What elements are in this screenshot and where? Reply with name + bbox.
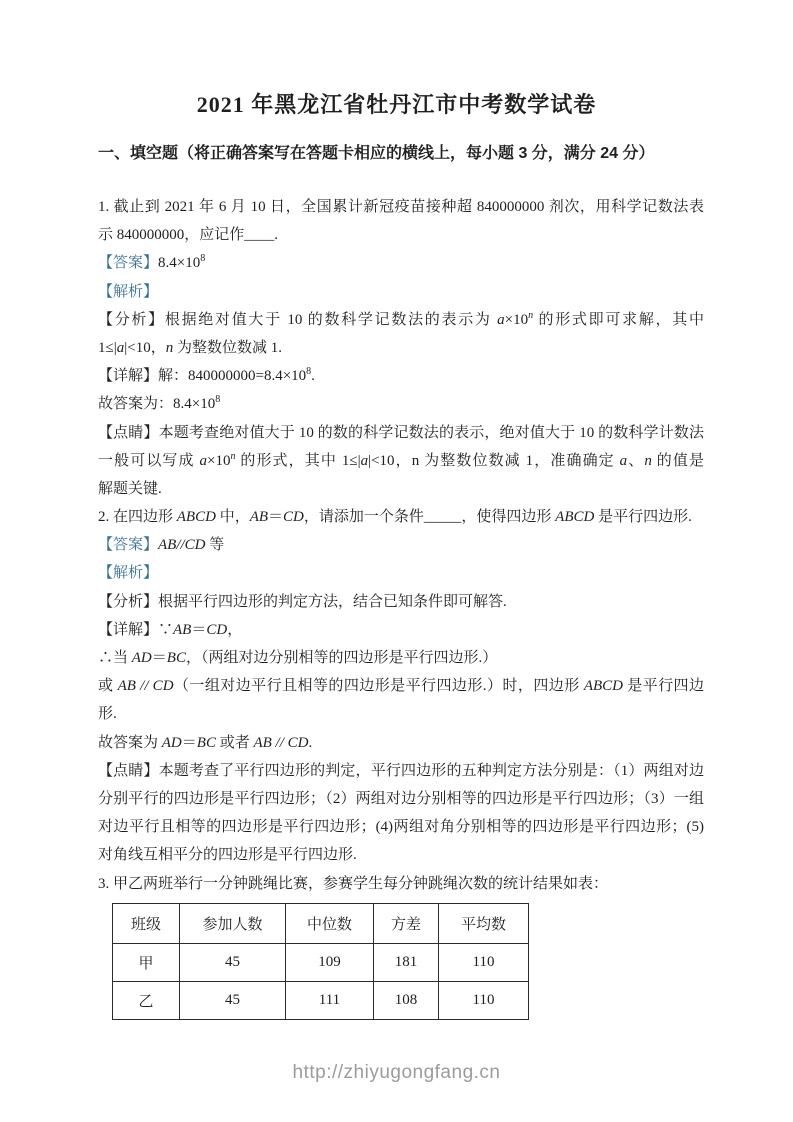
math-segment: AD [132, 650, 152, 666]
text-line: 故答案为 AD＝BC 或者 AB // CD. [98, 729, 704, 757]
text-segment: 解题关键. [98, 481, 162, 497]
text-segment: 【详解】∵ [98, 622, 173, 638]
text-segment: 形. [98, 706, 117, 722]
text-line: 3. 甲乙两班举行一分钟跳绳比赛，参赛学生每分钟跳绳次数的统计结果如表： [98, 870, 704, 898]
text-line: 或 AB // CD（一组对边平行且相等的四边形是平行四边形.）时，四边形 AB… [98, 672, 704, 700]
page-title: 2021 年黑龙江省牡丹江市中考数学试卷 [0, 88, 793, 119]
table-head: 班级参加人数中位数方差平均数 [113, 904, 529, 944]
text-segment: . [311, 368, 315, 384]
table-header-cell: 方差 [374, 904, 439, 944]
text-segment: 的形式即可求解，其中 [533, 312, 704, 328]
stats-table: 班级参加人数中位数方差平均数 甲45109181110乙45111108110 [112, 903, 529, 1020]
math-segment: 8 [215, 394, 220, 405]
text-segment: 是平行四边 [623, 678, 704, 694]
text-segment: 【分析】根据绝对值大于 10 的数科学记数法的表示为 [98, 312, 497, 328]
table-header-cell: 中位数 [286, 904, 374, 944]
text-line: 【答案】AB//CD 等 [98, 531, 704, 559]
math-segment: AD [162, 735, 182, 751]
math-segment: ABCD [555, 509, 594, 525]
math-segment: AB // CD [118, 678, 174, 694]
text-segment: 【点睛】本题考查绝对值大于 10 的数的科学记数法的表示，绝对值大于 10 的数… [98, 425, 704, 441]
math-segment: a [200, 453, 208, 469]
text-segment: ＝ [268, 509, 283, 525]
text-segment: 、 [627, 453, 644, 469]
text-line: 【答案】8.4×108 [98, 249, 704, 277]
text-segment: ×10 [505, 312, 528, 328]
section-heading: 一、填空题（将正确答案写在答题卡相应的横线上，每小题 3 分，满分 24 分） [98, 140, 710, 163]
math-segment: ABCD [177, 509, 216, 525]
text-segment: 的值是 [652, 453, 704, 469]
text-line: 【分析】根据平行四边形的判定方法，结合已知条件即可解答. [98, 588, 704, 616]
text-segment: 对边平行且相等的四边形是平行四边形；(4)两组对角分别相等的四边形是平行四边形；… [98, 819, 704, 835]
table-cell: 甲 [113, 944, 180, 982]
text-segment: 2. 在四边形 [98, 509, 177, 525]
table-row: 乙45111108110 [113, 982, 529, 1020]
text-segment: 1≤| [98, 340, 117, 356]
text-line: 1. 截止到 2021 年 6 月 10 日，全国累计新冠疫苗接种超 84000… [98, 193, 704, 221]
table-header-row: 班级参加人数中位数方差平均数 [113, 904, 529, 944]
text-line: 2. 在四边形 ABCD 中，AB＝CD，请添加一个条件_____，使得四边形 … [98, 503, 704, 531]
text-segment: 等 [206, 537, 225, 553]
table-cell: 111 [286, 982, 374, 1020]
text-segment: 或 [98, 678, 118, 694]
text-segment: 故答案为：8.4×10 [98, 396, 215, 412]
text-line: 【点睛】本题考查了平行四边形的判定，平行四边形的五种判定方法分别是：（1）两组对… [98, 757, 704, 785]
text-segment: 【点睛】本题考查了平行四边形的判定，平行四边形的五种判定方法分别是：（1）两组对… [98, 763, 704, 779]
text-segment: 对角线互相平分的四边形是平行四边形. [98, 847, 357, 863]
table-row: 甲45109181110 [113, 944, 529, 982]
text-segment: 示 840000000，应记作____. [98, 227, 278, 243]
text-line: ∴当 AD＝BC，（两组对边分别相等的四边形是平行四边形.） [98, 644, 704, 672]
math-segment: AB//CD [158, 537, 206, 553]
exam-page: 2021 年黑龙江省牡丹江市中考数学试卷 一、填空题（将正确答案写在答题卡相应的… [0, 0, 793, 1122]
text-segment: ∴当 [98, 650, 132, 666]
text-line: 对边平行且相等的四边形是平行四边形；(4)两组对角分别相等的四边形是平行四边形；… [98, 813, 704, 841]
text-line: 解题关键. [98, 475, 704, 503]
math-segment: AB // CD [253, 735, 308, 751]
text-segment: 1. 截止到 2021 年 6 月 10 日，全国累计新冠疫苗接种超 84000… [98, 199, 704, 215]
text-segment: 一般可以写成 [98, 453, 200, 469]
label-blue: 【答案】 [98, 255, 158, 271]
math-segment: CD [206, 622, 227, 638]
text-segment: 3. 甲乙两班举行一分钟跳绳比赛，参赛学生每分钟跳绳次数的统计结果如表： [98, 876, 608, 892]
table-cell: 乙 [113, 982, 180, 1020]
label-blue: 【答案】 [98, 537, 158, 553]
text-segment: （一组对边平行且相等的四边形是平行四边形.）时，四边形 [174, 678, 584, 694]
math-segment: a [497, 312, 505, 328]
table-cell: 45 [180, 982, 286, 1020]
table-cell: 110 [439, 982, 529, 1020]
math-segment: a [361, 453, 369, 469]
content-lines: 1. 截止到 2021 年 6 月 10 日，全国累计新冠疫苗接种超 84000… [98, 193, 704, 898]
text-segment: 为整数位数减 1. [173, 340, 282, 356]
text-segment: 中， [216, 509, 250, 525]
text-line: 【分析】根据绝对值大于 10 的数科学记数法的表示为 a×10n 的形式即可求解… [98, 306, 704, 334]
math-segment: n [644, 453, 652, 469]
text-segment: ＝ [152, 650, 167, 666]
text-segment: |<10，n 为整数位数减 1，准确确定 [368, 453, 620, 469]
math-segment: AB [250, 509, 268, 525]
table-cell: 109 [286, 944, 374, 982]
text-segment: 8.4×10 [158, 255, 200, 271]
math-segment: CD [283, 509, 304, 525]
text-segment: 故答案为 [98, 735, 162, 751]
text-segment: ，（两组对边分别相等的四边形是平行四边形.） [186, 650, 497, 666]
text-segment: 【详解】解：840000000=8.4×10 [98, 368, 306, 384]
table-header-cell: 班级 [113, 904, 180, 944]
math-segment: 8 [200, 253, 205, 264]
text-segment: ，请添加一个条件_____，使得四边形 [304, 509, 555, 525]
table-cell: 45 [180, 944, 286, 982]
math-segment: BC [197, 735, 216, 751]
table-header-cell: 参加人数 [180, 904, 286, 944]
text-segment: ， [227, 622, 242, 638]
text-line: 【点睛】本题考查绝对值大于 10 的数的科学记数法的表示，绝对值大于 10 的数… [98, 419, 704, 447]
text-segment: 是平行四边形. [594, 509, 692, 525]
text-line: 【解析】 [98, 278, 704, 306]
text-segment: ×10 [207, 453, 230, 469]
text-segment: 的形式，其中 1≤| [235, 453, 360, 469]
text-segment: 分别平行的四边形是平行四边形；（2）两组对边分别相等的四边形是平行四边形；（3）… [98, 791, 704, 807]
text-line: 对角线互相平分的四边形是平行四边形. [98, 841, 704, 869]
text-line: 分别平行的四边形是平行四边形；（2）两组对边分别相等的四边形是平行四边形；（3）… [98, 785, 704, 813]
text-segment: 【分析】根据平行四边形的判定方法，结合已知条件即可解答. [98, 594, 507, 610]
footer-url: http://zhiyugongfang.cn [0, 1062, 793, 1084]
math-segment: AB [173, 622, 191, 638]
text-line: 【解析】 [98, 559, 704, 587]
math-segment: BC [167, 650, 186, 666]
text-segment: . [308, 735, 312, 751]
text-line: 形. [98, 700, 704, 728]
text-line: 故答案为：8.4×108 [98, 390, 704, 418]
table-cell: 108 [374, 982, 439, 1020]
text-line: 1≤|a|<10，n 为整数位数减 1. [98, 334, 704, 362]
table-header-cell: 平均数 [439, 904, 529, 944]
table-cell: 110 [439, 944, 529, 982]
text-line: 【详解】∵AB＝CD， [98, 616, 704, 644]
text-segment: 或者 [216, 735, 254, 751]
text-line: 示 840000000，应记作____. [98, 221, 704, 249]
text-line: 【详解】解：840000000=8.4×108. [98, 362, 704, 390]
math-segment: ABCD [584, 678, 623, 694]
text-line: 一般可以写成 a×10n 的形式，其中 1≤|a|<10，n 为整数位数减 1，… [98, 447, 704, 475]
label-blue: 【解析】 [98, 565, 158, 581]
text-segment: |<10， [124, 340, 165, 356]
label-blue: 【解析】 [98, 284, 158, 300]
table-body: 甲45109181110乙45111108110 [113, 944, 529, 1020]
text-segment: ＝ [191, 622, 206, 638]
text-segment: ＝ [182, 735, 197, 751]
table-cell: 181 [374, 944, 439, 982]
